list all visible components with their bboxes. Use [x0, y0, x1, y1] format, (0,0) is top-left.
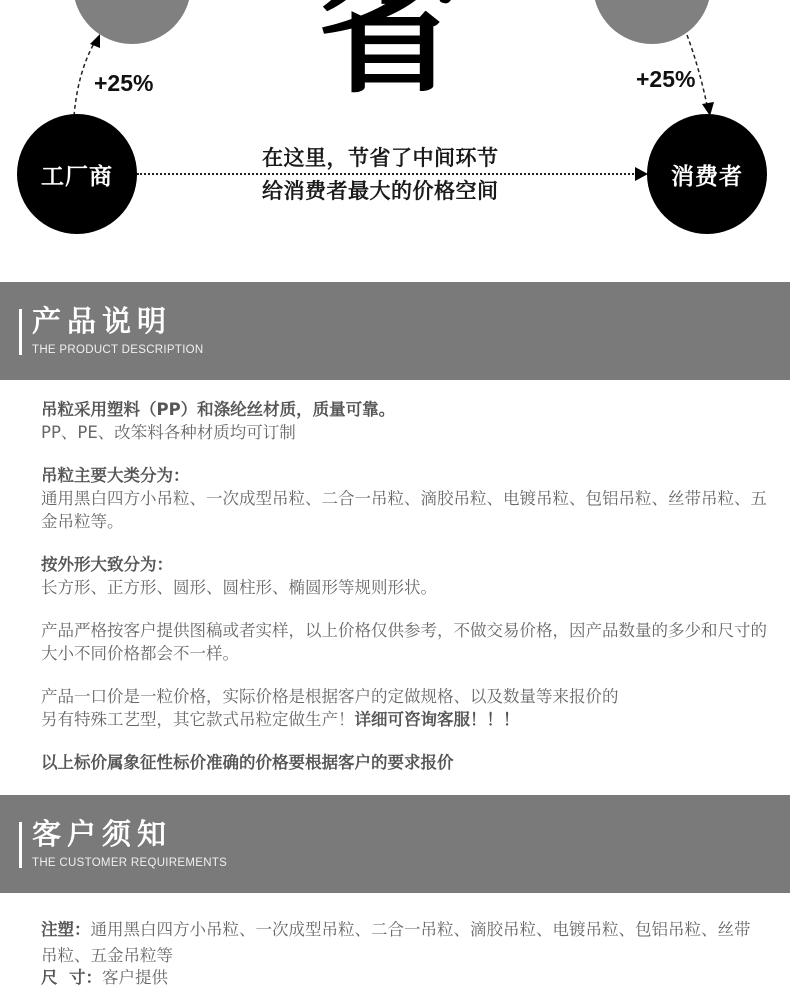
- custom-note: 另有特殊工艺型，其它款式吊粒定做生产！详细可咨询客服！！！: [41, 708, 771, 731]
- product-description-header: 产品说明 THE PRODUCT DESCRIPTION: [0, 282, 790, 380]
- header-accent-bar: [19, 822, 22, 868]
- customer-requirements-body: 注塑：通用黑白四方小吊粒、一次成型吊粒、二合一吊粒、滴胶吊粒、电镀吊粒、包铝吊粒…: [41, 917, 766, 991]
- consumer-node: 消费者: [647, 114, 767, 234]
- category-heading: 吊粒主要大类分为：: [41, 464, 771, 487]
- factory-label: 工厂商: [41, 158, 113, 191]
- product-description-body: 吊粒采用塑料（PP）和涤纶丝材质，质量可靠。 PP、PE、改笨料各种材质均可订制…: [41, 398, 771, 774]
- left-markup-percent: +25%: [94, 70, 153, 97]
- section-title-cn: 客户须知: [32, 817, 172, 851]
- slogan-line-2: 给消费者最大的价格空间: [262, 175, 499, 208]
- symbolic-price-note: 以上标价属象征性标价准确的价格要根据客户的要求报价: [41, 751, 771, 774]
- size-label: 尺 寸：: [41, 968, 102, 987]
- material-heading: 吊粒采用塑料（PP）和涤纶丝材质，质量可靠。: [41, 398, 771, 421]
- material-text: PP、PE、改笨料各种材质均可订制: [41, 421, 771, 444]
- injection-label: 注塑：: [41, 920, 91, 939]
- section-title-en: THE CUSTOMER REQUIREMENTS: [32, 857, 227, 869]
- contact-service-note: 详细可咨询客服！！！: [355, 710, 520, 729]
- factory-node: 工厂商: [17, 114, 137, 234]
- header-accent-bar: [19, 309, 22, 355]
- section-title-en: THE PRODUCT DESCRIPTION: [32, 344, 204, 356]
- size-item: 尺 寸：客户提供: [41, 965, 766, 991]
- save-big-character: 省: [318, 0, 458, 102]
- consumer-label: 消费者: [671, 158, 743, 191]
- slogan-line-1: 在这里，节省了中间环节: [262, 142, 499, 175]
- injection-value: 通用黑白四方小吊粒、一次成型吊粒、二合一吊粒、滴胶吊粒、电镀吊粒、包铝吊粒、丝带…: [41, 920, 751, 965]
- customer-requirements-header: 客户须知 THE CUSTOMER REQUIREMENTS: [0, 795, 790, 893]
- slogan: 在这里，节省了中间环节 给消费者最大的价格空间: [262, 142, 499, 208]
- section-title-cn: 产品说明: [32, 304, 172, 338]
- pricing-note: 产品严格按客户提供图稿或者实样，以上价格仅供参考，不做交易价格，因产品数量的多少…: [41, 619, 771, 665]
- custom-note-text: 另有特殊工艺型，其它款式吊粒定做生产！: [41, 710, 355, 729]
- category-text: 通用黑白四方小吊粒、一次成型吊粒、二合一吊粒、滴胶吊粒、电镀吊粒、包铝吊粒、丝带…: [41, 487, 771, 533]
- injection-item: 注塑：通用黑白四方小吊粒、一次成型吊粒、二合一吊粒、滴胶吊粒、电镀吊粒、包铝吊粒…: [41, 917, 766, 969]
- shape-text: 长方形、正方形、圆形、圆柱形、椭圆形等规则形状。: [41, 576, 771, 599]
- shape-heading: 按外形大致分为：: [41, 553, 771, 576]
- unit-price-note: 产品一口价是一粒价格，实际价格是根据客户的定做规格、以及数量等来报价的: [41, 685, 771, 708]
- size-value: 客户提供: [102, 968, 168, 987]
- arrow-right-icon: [635, 167, 648, 181]
- right-markup-percent: +25%: [636, 66, 695, 93]
